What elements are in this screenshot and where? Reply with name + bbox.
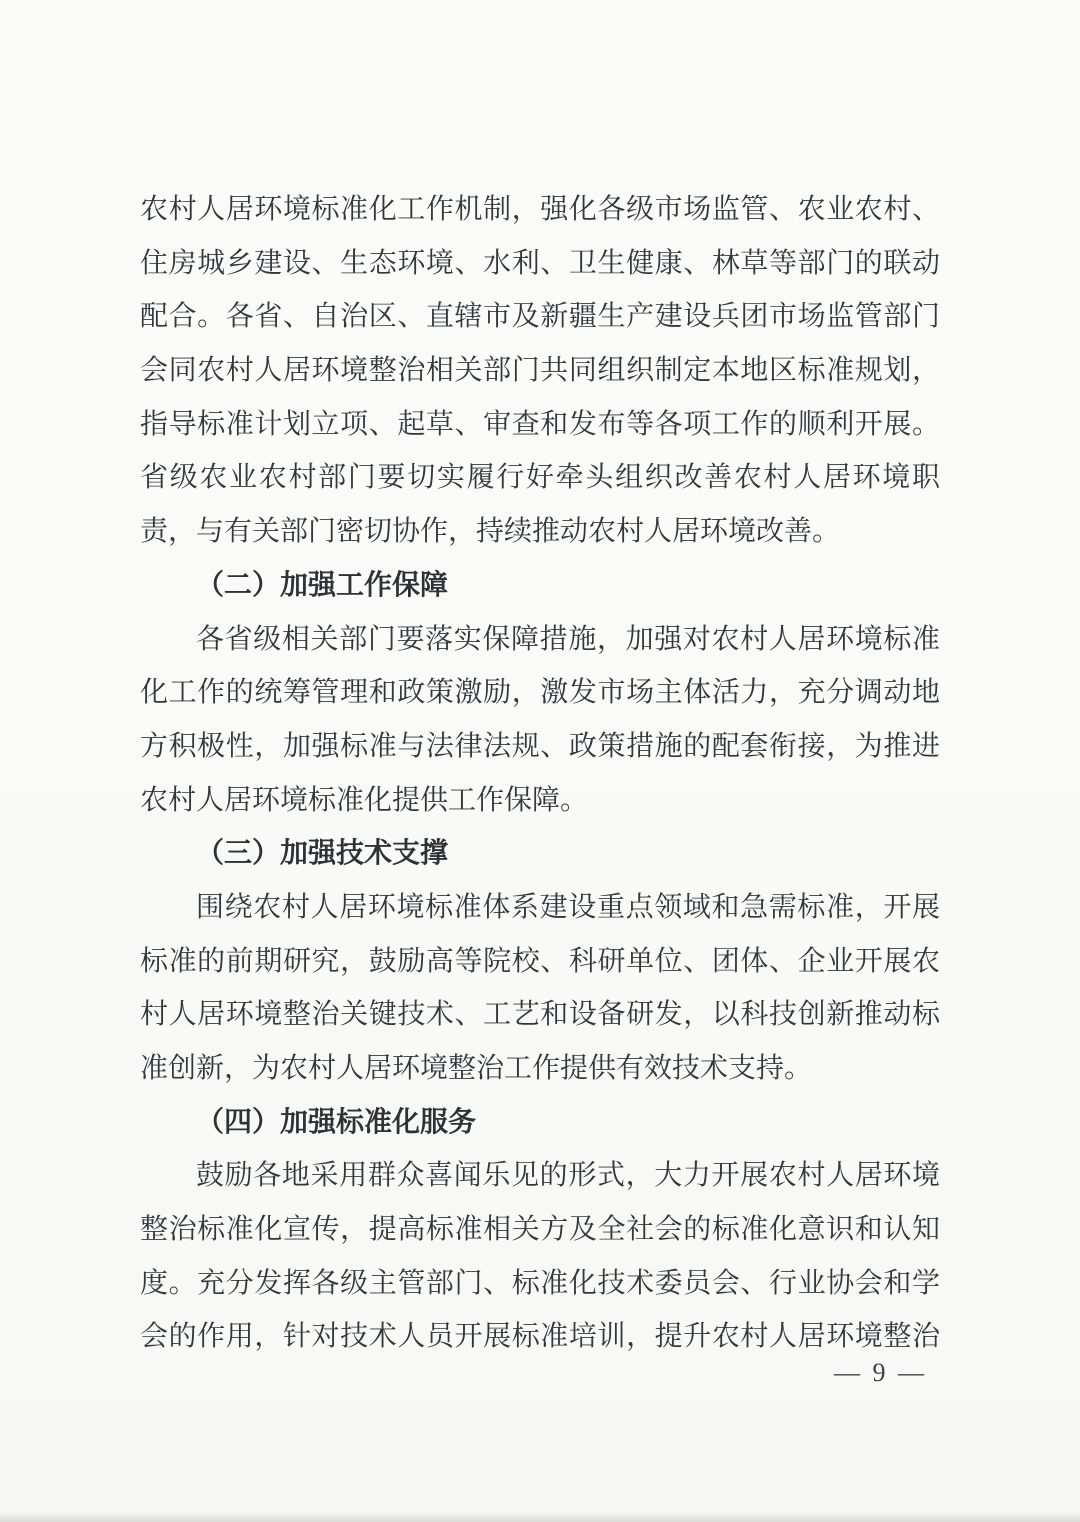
page-number: — 9 — (834, 1352, 927, 1394)
body-line: 度。充分发挥各级主管部门、标准化技术委员会、行业协会和学 (140, 1257, 940, 1311)
body-line: 省级农业农村部门要切实履行好牵头组织改善农村人居环境职 (140, 451, 940, 505)
paragraph-1: 农村人居环境标准化工作机制，强化各级市场监管、农业农村、 住房城乡建设、生态环境… (140, 183, 940, 559)
body-line: 鼓励各地采用群众喜闻乐见的形式，大力开展农村人居环境 (140, 1149, 940, 1203)
body-line: 农村人居环境标准化提供工作保障。 (140, 774, 940, 828)
paragraph-2: 各省级相关部门要落实保障措施，加强对农村人居环境标准 化工作的统筹管理和政策激励… (140, 613, 940, 828)
section-heading-3: （三）加强技术支撑 (140, 827, 940, 881)
body-line: 围绕农村人居环境标准体系建设重点领域和急需标准，开展 (140, 881, 940, 935)
body-line: 配合。各省、自治区、直辖市及新疆生产建设兵团市场监管部门 (140, 290, 940, 344)
body-line: 住房城乡建设、生态环境、水利、卫生健康、林草等部门的联动 (140, 237, 940, 291)
page-edge-shadow (0, 1512, 1080, 1522)
body-line: 方积极性，加强标准与法律法规、政策措施的配套衔接，为推进 (140, 720, 940, 774)
body-line: 村人居环境整治关键技术、工艺和设备研发，以科技创新推动标 (140, 988, 940, 1042)
body-line: 农村人居环境标准化工作机制，强化各级市场监管、农业农村、 (140, 183, 940, 237)
body-line: 准创新，为农村人居环境整治工作提供有效技术支持。 (140, 1042, 940, 1096)
body-line: 责，与有关部门密切协作，持续推动农村人居环境改善。 (140, 505, 940, 559)
body-line: 各省级相关部门要落实保障措施，加强对农村人居环境标准 (140, 613, 940, 667)
body-line: 标准的前期研究，鼓励高等院校、科研单位、团体、企业开展农 (140, 935, 940, 989)
body-line: 指导标准计划立项、起草、审查和发布等各项工作的顺利开展。 (140, 398, 940, 452)
paragraph-3: 围绕农村人居环境标准体系建设重点领域和急需标准，开展 标准的前期研究，鼓励高等院… (140, 881, 940, 1096)
document-page: 农村人居环境标准化工作机制，强化各级市场监管、农业农村、 住房城乡建设、生态环境… (0, 0, 1080, 1522)
paragraph-4: 鼓励各地采用群众喜闻乐见的形式，大力开展农村人居环境 整治标准化宣传，提高标准相… (140, 1149, 940, 1364)
document-body: 农村人居环境标准化工作机制，强化各级市场监管、农业农村、 住房城乡建设、生态环境… (140, 183, 940, 1364)
body-line: 会同农村人居环境整治相关部门共同组织制定本地区标准规划， (140, 344, 940, 398)
body-line: 会的作用，针对技术人员开展标准培训，提升农村人居环境整治 (140, 1310, 940, 1364)
section-heading-2: （二）加强工作保障 (140, 559, 940, 613)
body-line: 整治标准化宣传，提高标准相关方及全社会的标准化意识和认知 (140, 1203, 940, 1257)
body-line: 化工作的统筹管理和政策激励，激发市场主体活力，充分调动地 (140, 666, 940, 720)
section-heading-4: （四）加强标准化服务 (140, 1096, 940, 1150)
